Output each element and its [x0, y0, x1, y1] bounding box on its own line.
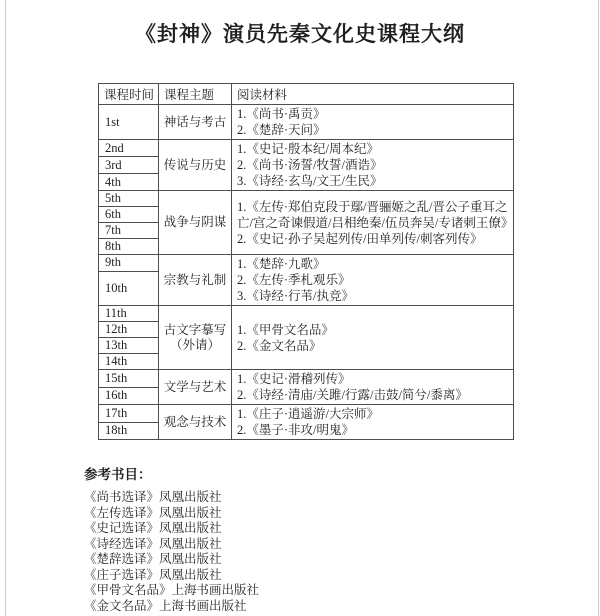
reference-list-heading: 参考书目： [84, 466, 600, 483]
materials-cell: 1.《楚辞·九歌》 2.《左传·季札观乐》 3.《诗经·行苇/执竞》 [232, 255, 514, 306]
time-cell: 16th [99, 387, 159, 405]
time-cell: 15th [99, 370, 159, 388]
table-row: 17th 观念与技术 1.《庄子·逍遥游/大宗师》 2.《墨子·非攻/明鬼》 [99, 405, 514, 423]
theme-label: 古文字摹写 [161, 323, 229, 338]
theme-label: 战争与阴谋 [161, 215, 229, 230]
table-row: 9th 宗教与礼制 1.《楚辞·九歌》 2.《左传·季札观乐》 3.《诗经·行苇… [99, 255, 514, 272]
material-item: 3.《诗经·玄鸟/文王/生民》 [237, 173, 510, 189]
theme-label: 文学与艺术 [161, 380, 229, 395]
time-cell: 4th [99, 174, 159, 191]
material-item: 2.《史记·孙子吴起列传/田单列传/刺客列传》 [237, 231, 510, 247]
theme-label: 观念与技术 [161, 415, 229, 430]
materials-cell: 1.《庄子·逍遥游/大宗师》 2.《墨子·非攻/明鬼》 [232, 405, 514, 440]
time-cell: 7th [99, 223, 159, 239]
material-item: 1.《楚辞·九歌》 [237, 256, 510, 272]
theme-cell: 古文字摹写 （外请） [159, 306, 232, 370]
material-item: 2.《金文名品》 [237, 338, 510, 354]
reference-list-section: 参考书目： 《尚书选译》凤凰出版社 《左传选译》凤凰出版社 《史记选译》凤凰出版… [84, 466, 600, 614]
table-row: 15th 文学与艺术 1.《史记·滑稽列传》 2.《诗经·清庙/关雎/行露/击鼓… [99, 370, 514, 388]
theme-label: （外请） [161, 338, 229, 353]
material-item: 1.《尚书·禹贡》 [237, 106, 510, 122]
material-item: 1.《左传·郑伯克段于鄢/晋骊姬之乱/晋公子重耳之亡/宫之奇谏假道/吕相绝秦/伍… [237, 199, 510, 231]
time-cell: 3rd [99, 157, 159, 174]
material-item: 1.《甲骨文名品》 [237, 322, 510, 338]
theme-label: 宗教与礼制 [161, 273, 229, 288]
table-row: 2nd 传说与历史 1.《史记·殷本纪/周本纪》 2.《尚书·汤誓/牧誓/酒诰》… [99, 140, 514, 157]
reference-item: 《尚书选译》凤凰出版社 [84, 490, 600, 506]
reference-item: 《甲骨文名品》上海书画出版社 [84, 583, 600, 599]
column-header-time: 课程时间 [99, 84, 159, 105]
material-item: 1.《庄子·逍遥游/大宗师》 [237, 406, 510, 422]
time-cell: 13th [99, 338, 159, 354]
material-item: 1.《史记·殷本纪/周本纪》 [237, 141, 510, 157]
material-item: 1.《史记·滑稽列传》 [237, 371, 510, 387]
theme-cell: 战争与阴谋 [159, 191, 232, 255]
table-row: 1st 神话与考古 1.《尚书·禹贡》 2.《楚辞·天问》 [99, 105, 514, 140]
theme-cell: 传说与历史 [159, 140, 232, 191]
table-header-row: 课程时间 课程主题 阅读材料 [99, 84, 514, 105]
reference-item: 《楚辞选译》凤凰出版社 [84, 552, 600, 568]
time-cell: 2nd [99, 140, 159, 157]
theme-label: 传说与历史 [161, 158, 229, 173]
theme-cell: 观念与技术 [159, 405, 232, 440]
reference-item: 《庄子选译》凤凰出版社 [84, 568, 600, 584]
reference-item: 《金文名品》上海书画出版社 [84, 599, 600, 615]
theme-label: 神话与考古 [161, 115, 229, 130]
time-cell: 5th [99, 191, 159, 207]
time-cell: 1st [99, 105, 159, 140]
course-outline-table: 课程时间 课程主题 阅读材料 1st 神话与考古 1.《尚书·禹贡》 2.《楚辞… [98, 83, 514, 440]
theme-cell: 宗教与礼制 [159, 255, 232, 306]
theme-cell: 文学与艺术 [159, 370, 232, 405]
page-right-edge-line [598, 0, 599, 616]
material-item: 2.《诗经·清庙/关雎/行露/击鼓/简兮/黍离》 [237, 387, 510, 403]
materials-cell: 1.《史记·滑稽列传》 2.《诗经·清庙/关雎/行露/击鼓/简兮/黍离》 [232, 370, 514, 405]
column-header-materials: 阅读材料 [232, 84, 514, 105]
time-cell: 8th [99, 239, 159, 255]
materials-cell: 1.《尚书·禹贡》 2.《楚辞·天问》 [232, 105, 514, 140]
time-cell: 6th [99, 207, 159, 223]
reference-item: 《史记选译》凤凰出版社 [84, 521, 600, 537]
material-item: 2.《墨子·非攻/明鬼》 [237, 422, 510, 438]
material-item: 3.《诗经·行苇/执竞》 [237, 288, 510, 304]
time-cell: 14th [99, 354, 159, 370]
time-cell: 12th [99, 322, 159, 338]
materials-cell: 1.《史记·殷本纪/周本纪》 2.《尚书·汤誓/牧誓/酒诰》 3.《诗经·玄鸟/… [232, 140, 514, 191]
page-left-edge-line [5, 0, 6, 616]
material-item: 2.《楚辞·天问》 [237, 122, 510, 138]
materials-cell: 1.《甲骨文名品》 2.《金文名品》 [232, 306, 514, 370]
theme-cell: 神话与考古 [159, 105, 232, 140]
time-cell: 10th [99, 271, 159, 305]
table-row: 11th 古文字摹写 （外请） 1.《甲骨文名品》 2.《金文名品》 [99, 306, 514, 322]
time-cell: 18th [99, 422, 159, 440]
materials-cell: 1.《左传·郑伯克段于鄢/晋骊姬之乱/晋公子重耳之亡/宫之奇谏假道/吕相绝秦/伍… [232, 191, 514, 255]
reference-item: 《诗经选译》凤凰出版社 [84, 537, 600, 553]
material-item: 2.《左传·季札观乐》 [237, 272, 510, 288]
time-cell: 9th [99, 255, 159, 272]
time-cell: 11th [99, 306, 159, 322]
material-item: 2.《尚书·汤誓/牧誓/酒诰》 [237, 157, 510, 173]
time-cell: 17th [99, 405, 159, 423]
column-header-theme: 课程主题 [159, 84, 232, 105]
table-row: 5th 战争与阴谋 1.《左传·郑伯克段于鄢/晋骊姬之乱/晋公子重耳之亡/宫之奇… [99, 191, 514, 207]
document-page: 《封神》演员先秦文化史课程大纲 课程时间 课程主题 阅读材料 1st 神话与考古… [0, 0, 600, 616]
page-title: 《封神》演员先秦文化史课程大纲 [0, 0, 600, 48]
reference-item: 《左传选译》凤凰出版社 [84, 506, 600, 522]
